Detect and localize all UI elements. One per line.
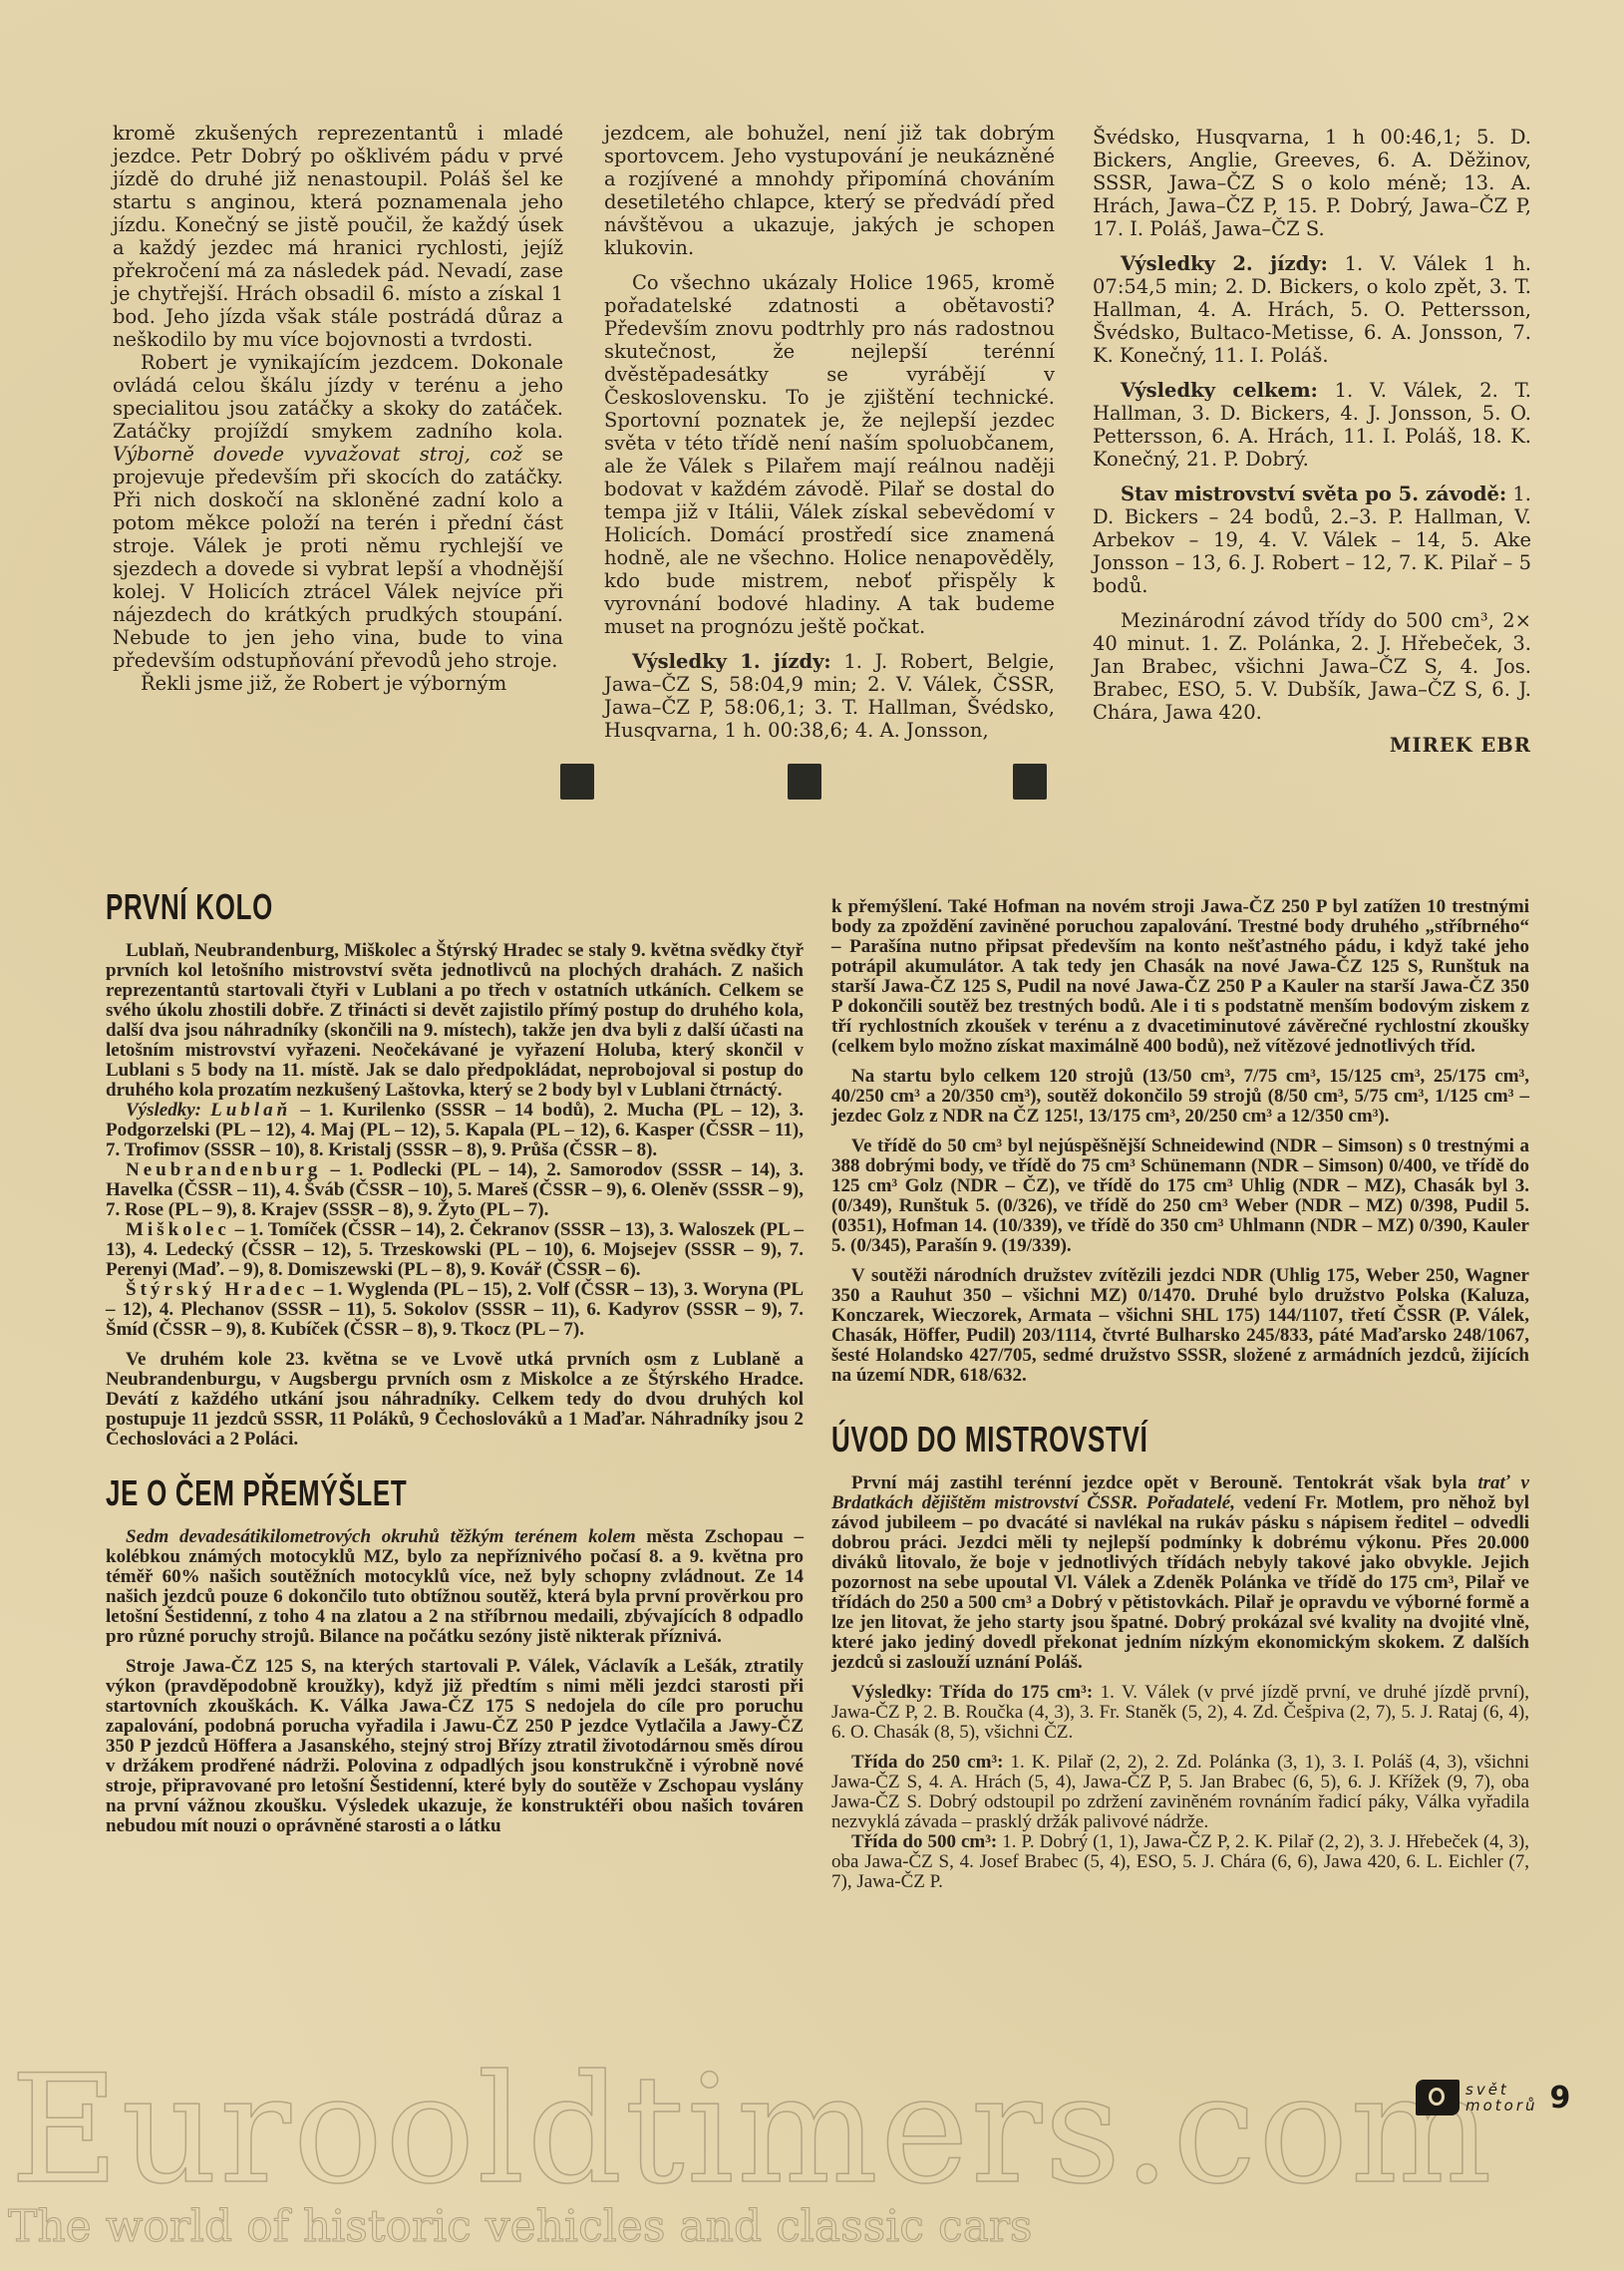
paragraph: Co všechno ukázaly Holice 1965, kromě po… (604, 271, 1055, 638)
paragraph: Stroje Jawa-ČZ 125 S, na kterých startov… (106, 1657, 804, 1836)
results-first-ride: Výsledky 1. jízdy: 1. J. Robert, Belgie,… (604, 650, 1055, 742)
paragraph: V soutěži národních družstev zvítězili j… (831, 1266, 1529, 1386)
results-500: Třída do 500 cm³: 1. P. Dobrý (1, 1), Ja… (831, 1832, 1529, 1892)
top-article-column-3: Švédsko, Husqvarna, 1 h 00:46,1; 5. D. B… (1093, 126, 1531, 757)
author-signature: MIREK EBR (1093, 734, 1531, 757)
watermark-tagline: The world of historic vehicles and class… (8, 2201, 1032, 2252)
world-championship-standings: Stav mistrovství světa po 5. závodě: 1. … (1093, 483, 1531, 597)
paragraph: Sedm devadesátikilometrových okruhů těžk… (106, 1527, 804, 1647)
results-overall: Výsledky celkem: 1. V. Válek, 2. T. Hall… (1093, 379, 1531, 471)
paragraph: Řekli jsme již, že Robert je výborným (113, 672, 563, 695)
venue-results: Štýrský Hradec – 1. Wyglenda (PL – 15), … (106, 1280, 804, 1340)
results-second-ride: Výsledky 2. jízdy: 1. V. Válek 1 h. 07:5… (1093, 252, 1531, 367)
paragraph: Robert je vynikajícím jezdcem. Dokonale … (113, 351, 563, 672)
international-race-results: Mezinárodní závod třídy do 500 cm³, 2× 4… (1093, 609, 1531, 724)
results-175: Výsledky: Třída do 175 cm³: 1. V. Válek … (831, 1683, 1529, 1743)
page-number: 9 (1550, 2081, 1571, 2115)
venue-results: Výsledky: Lublaň – 1. Kurilenko (SSSR – … (106, 1101, 804, 1160)
heading-uvod-do-mistrovstvi: ÚVOD DO MISTROVSTVÍ (831, 1430, 1334, 1450)
top-article-column-1: kromě zkušených reprezentantů i mladé je… (113, 122, 563, 695)
watermark: Eurooldtimers.com (10, 2044, 1494, 2217)
paragraph: kromě zkušených reprezentantů i mladé je… (113, 122, 563, 351)
bottom-left-column: PRVNÍ KOLO Lublaň, Neubrandenburg, Miško… (106, 897, 804, 1836)
bottom-right-column: k přemýšlení. Také Hofman na novém stroj… (831, 897, 1529, 1892)
paragraph: k přemýšlení. Také Hofman na novém stroj… (831, 897, 1529, 1057)
paragraph: První máj zastihl terénní jezdce opět v … (831, 1473, 1529, 1673)
paragraph: Ve druhém kole 23. května se ve Lvově ut… (106, 1350, 804, 1450)
paragraph: jezdcem, ale bohužel, není již tak dobrý… (604, 122, 1055, 259)
magazine-logo: svět motorů 9 (1416, 2080, 1570, 2115)
svet-motoru-logo-icon (1416, 2080, 1460, 2115)
heading-je-o-cem-premyslet: JE O ČEM PŘEMÝŠLET (106, 1483, 608, 1503)
separator-square (560, 764, 594, 800)
venue-results: Miškolec – 1. Tomíček (ČSSR – 14), 2. Če… (106, 1220, 804, 1280)
paragraph: Lublaň, Neubrandenburg, Miškolec a Štýrs… (106, 941, 804, 1101)
paragraph: Ve třídě do 50 cm³ byl nejúspěšnější Sch… (831, 1136, 1529, 1256)
heading-prvni-kolo: PRVNÍ KOLO (106, 897, 608, 917)
magazine-name: svět motorů (1465, 2082, 1538, 2113)
paragraph: Švédsko, Husqvarna, 1 h 00:46,1; 5. D. B… (1093, 126, 1531, 240)
venue-results: Neubrandenburg – 1. Podlecki (PL – 14), … (106, 1160, 804, 1220)
separator-square (788, 764, 821, 800)
top-article-column-2: jezdcem, ale bohužel, není již tak dobrý… (604, 122, 1055, 742)
paragraph: Na startu bylo celkem 120 strojů (13/50 … (831, 1067, 1529, 1127)
separator-square (1013, 764, 1047, 800)
results-250: Třída do 250 cm³: 1. K. Pilař (2, 2), 2.… (831, 1753, 1529, 1832)
